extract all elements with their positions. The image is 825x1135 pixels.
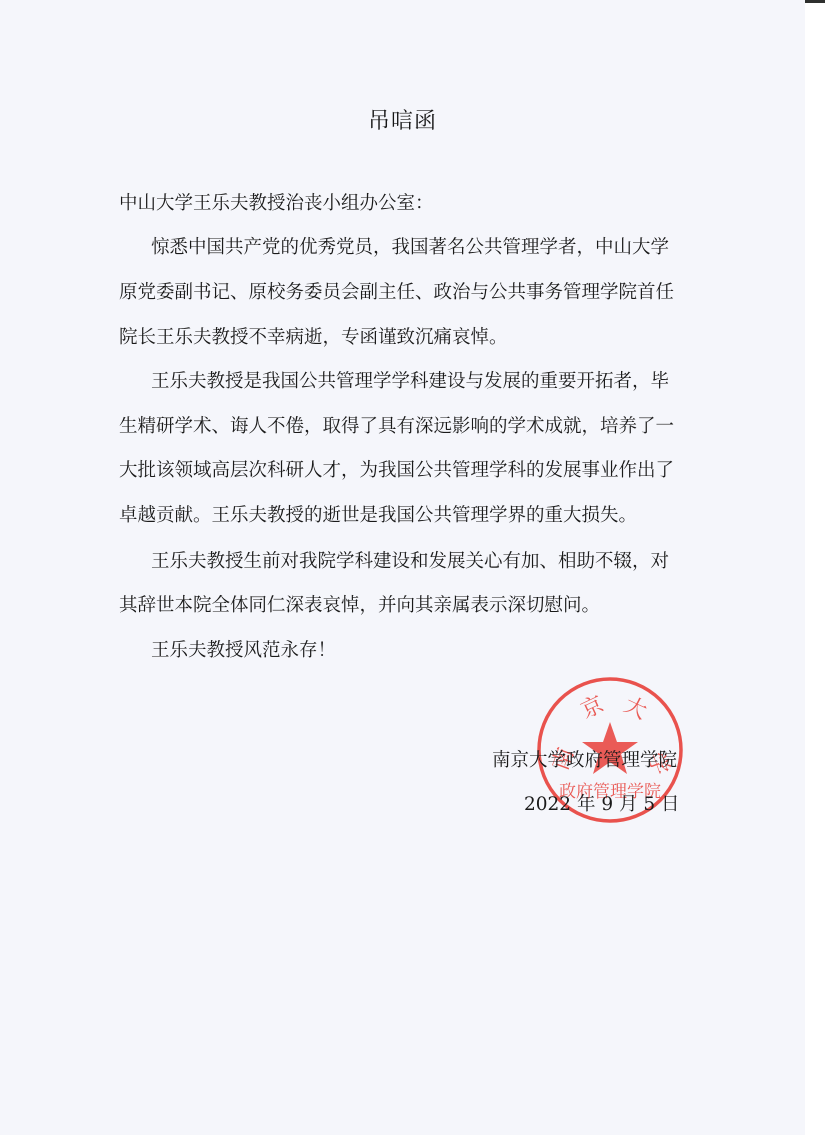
paragraph-1-line-2: 原党委副书记、原校务委员会副主任、政治与公共事务管理学院首任 [119,282,709,304]
paragraph-2-line-2: 生精研学术、诲人不倦，取得了具有深远影响的学术成就，培养了一 [119,416,709,438]
signature-organization: 南京大学政府管理学院 [492,746,677,772]
paragraph-3-line-2: 其辞世本院全体同仁深表哀悼，并向其亲属表示深切慰问。 [119,595,709,617]
seal-char-3: 大 [620,693,651,725]
salutation: 中山大学王乐夫教授治丧小组办公室： [119,193,709,215]
paragraph-1-line-1: 惊悉中国共产党的优秀党员，我国著名公共管理学者，中山大学 [151,237,741,259]
letter-title: 吊唁函 [0,104,805,135]
paragraph-4-line-1: 王乐夫教授风范永存！ [151,640,741,662]
paragraph-3-line-1: 王乐夫教授生前对我院学科建设和发展关心有加、相助不辍，对 [151,551,741,573]
scan-edge-bar [805,0,825,3]
paragraph-1-line-3: 院长王乐夫教授不幸病逝，专函谨致沉痛哀悼。 [119,327,709,349]
paragraph-2-line-4: 卓越贡献。王乐夫教授的逝世是我国公共管理学界的重大损失。 [119,505,709,527]
paragraph-2-line-3: 大批该领域高层次科研人才，为我国公共管理学科的发展事业作出了 [119,460,709,482]
paragraph-2-line-1: 王乐夫教授是我国公共管理学学科建设与发展的重要开拓者，毕 [151,371,741,393]
seal-char-2: 京 [577,692,608,724]
signature-date: 2022 年 9 月 5 日 [524,790,680,816]
